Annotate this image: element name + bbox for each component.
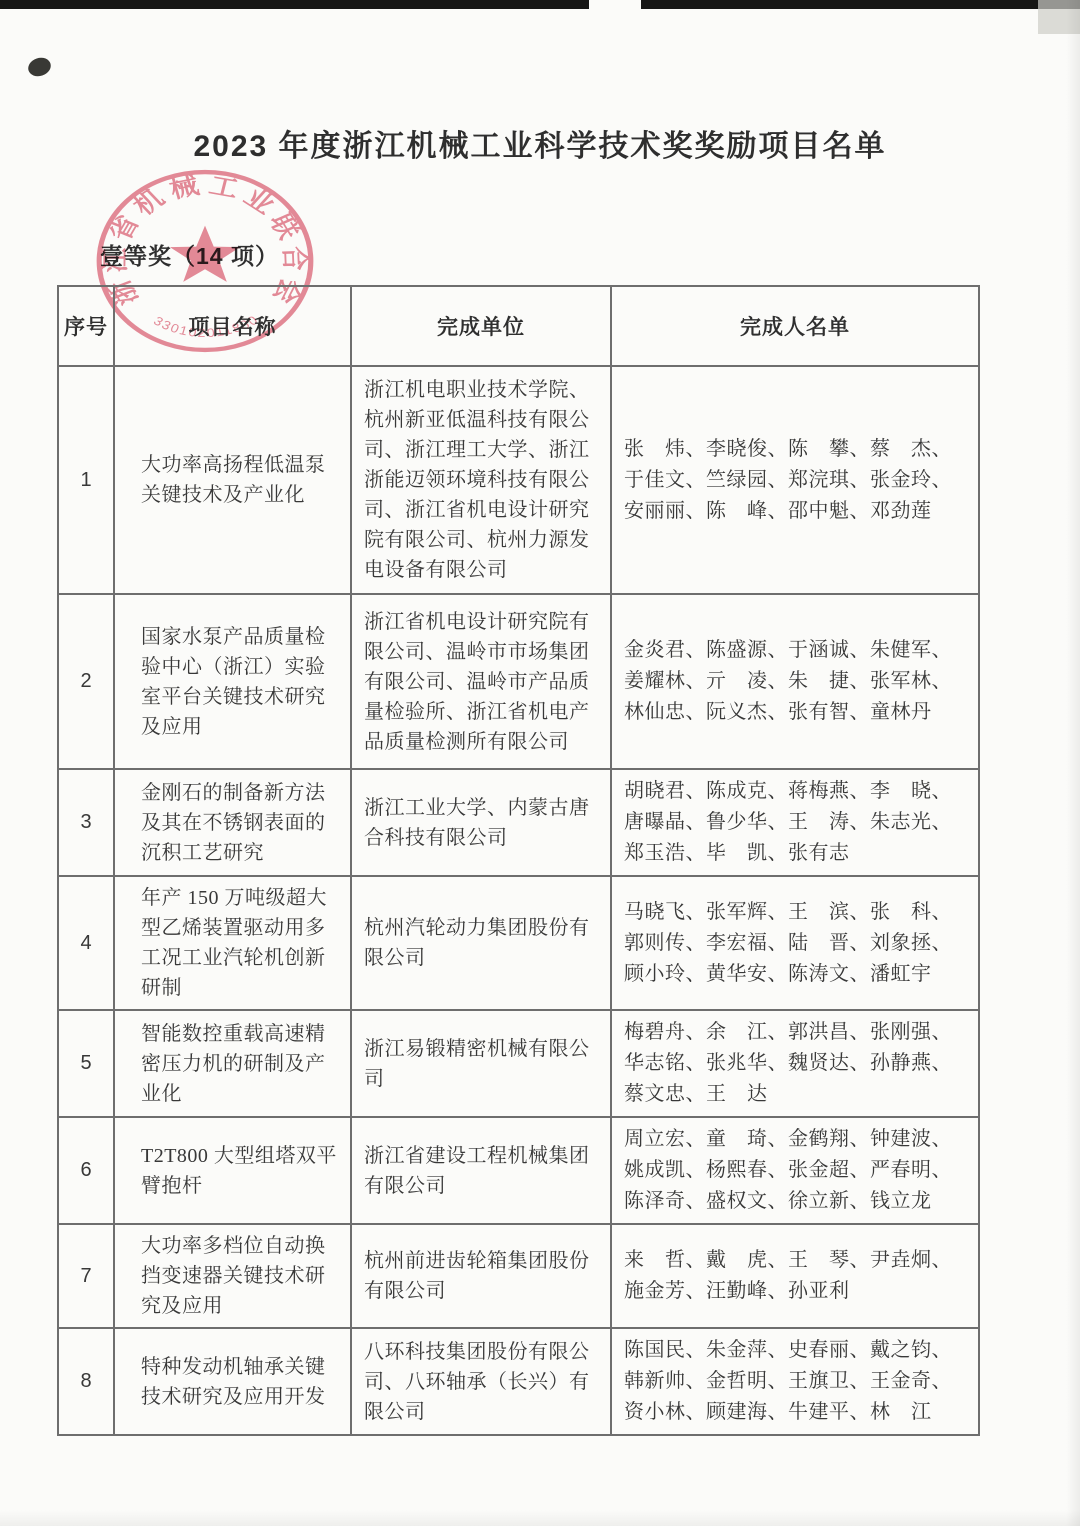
completing-units: 浙江省机电设计研究院有限公司、温岭市市场集团有限公司、温岭市产品质量检验所、浙江… [351, 594, 611, 769]
completing-units: 浙江工业大学、内蒙古唐合科技有限公司 [351, 769, 611, 876]
col-header-project: 项目名称 [114, 286, 351, 366]
award-table: 序号 项目名称 完成单位 完成人名单 1 大功率高扬程低温泵关键技术及产业化 浙… [57, 285, 980, 1436]
completers-list: 来 哲、戴 虎、王 琴、尹垚炯、施金芳、汪勤峰、孙亚利 [611, 1224, 979, 1328]
table-row: 5 智能数控重载高速精密压力机的研制及产业化 浙江易锻精密机械有限公司 梅碧舟、… [58, 1010, 979, 1117]
row-number: 6 [58, 1117, 114, 1224]
row-number: 7 [58, 1224, 114, 1328]
completers-list: 张 炜、李晓俊、陈 攀、蔡 杰、于佳文、竺绿园、郑浣琪、张金玲、安丽丽、陈 峰、… [611, 366, 979, 594]
scan-artifact-bottom-edge [0, 1510, 1080, 1526]
section-label: 壹等奖（14 项） [100, 238, 279, 271]
completing-units: 浙江易锻精密机械有限公司 [351, 1010, 611, 1117]
project-name: 智能数控重载高速精密压力机的研制及产业化 [114, 1010, 351, 1117]
row-number: 3 [58, 769, 114, 876]
table-header-row: 序号 项目名称 完成单位 完成人名单 [58, 286, 979, 366]
completers-list: 陈国民、朱金萍、史春丽、戴之钧、韩新帅、金哲明、王旗卫、王金奇、资小林、顾建海、… [611, 1328, 979, 1435]
table-row: 7 大功率多档位自动换挡变速器关键技术研究及应用 杭州前进齿轮箱集团股份有限公司… [58, 1224, 979, 1328]
project-name: 金刚石的制备新方法及其在不锈钢表面的沉积工艺研究 [114, 769, 351, 876]
scan-artifact-right-edge [1066, 0, 1080, 1526]
award-table-body: 1 大功率高扬程低温泵关键技术及产业化 浙江机电职业技术学院、杭州新亚低温科技有… [58, 366, 979, 1435]
completers-list: 周立宏、童 琦、金鹤翔、钟建波、姚成凯、杨熙春、张金超、严春明、陈泽奇、盛权文、… [611, 1117, 979, 1224]
completing-units: 浙江机电职业技术学院、杭州新亚低温科技有限公司、浙江理工大学、浙江浙能迈领环境科… [351, 366, 611, 594]
table-row: 1 大功率高扬程低温泵关键技术及产业化 浙江机电职业技术学院、杭州新亚低温科技有… [58, 366, 979, 594]
scan-artifact-top-bar [0, 0, 1080, 9]
table-row: 4 年产 150 万吨级超大型乙烯装置驱动用多工况工业汽轮机创新研制 杭州汽轮动… [58, 876, 979, 1010]
project-name: 特种发动机轴承关键技术研究及应用开发 [114, 1328, 351, 1435]
row-number: 1 [58, 366, 114, 594]
scan-artifact-top-gap [589, 0, 641, 9]
table-row: 6 T2T800 大型组塔双平臂抱杆 浙江省建设工程机械集团有限公司 周立宏、童… [58, 1117, 979, 1224]
table-row: 3 金刚石的制备新方法及其在不锈钢表面的沉积工艺研究 浙江工业大学、内蒙古唐合科… [58, 769, 979, 876]
row-number: 5 [58, 1010, 114, 1117]
completers-list: 马晓飞、张军辉、王 滨、张 科、郭则传、李宏福、陆 晋、刘象拯、顾小玲、黄华安、… [611, 876, 979, 1010]
scan-artifact-speck [26, 55, 53, 79]
document-page: 2023 年度浙江机械工业科学技术奖奖励项目名单 壹等奖（14 项） 浙江省机械… [0, 0, 1080, 1526]
table-row: 2 国家水泵产品质量检验中心（浙江）实验室平台关键技术研究及应用 浙江省机电设计… [58, 594, 979, 769]
completers-list: 金炎君、陈盛源、于涵诚、朱健军、姜耀林、亓 凌、朱 捷、张军林、林仙忠、阮义杰、… [611, 594, 979, 769]
project-name: 大功率多档位自动换挡变速器关键技术研究及应用 [114, 1224, 351, 1328]
completing-units: 杭州汽轮动力集团股份有限公司 [351, 876, 611, 1010]
completing-units: 浙江省建设工程机械集团有限公司 [351, 1117, 611, 1224]
project-name: 年产 150 万吨级超大型乙烯装置驱动用多工况工业汽轮机创新研制 [114, 876, 351, 1010]
col-header-index: 序号 [58, 286, 114, 366]
completing-units: 八环科技集团股份有限公司、八环轴承（长兴）有限公司 [351, 1328, 611, 1435]
row-number: 4 [58, 876, 114, 1010]
table-row: 8 特种发动机轴承关键技术研究及应用开发 八环科技集团股份有限公司、八环轴承（长… [58, 1328, 979, 1435]
col-header-people: 完成人名单 [611, 286, 979, 366]
completers-list: 梅碧舟、余 江、郭洪昌、张刚强、华志铭、张兆华、魏贤达、孙静燕、蔡文忠、王 达 [611, 1010, 979, 1117]
project-name: T2T800 大型组塔双平臂抱杆 [114, 1117, 351, 1224]
project-name: 大功率高扬程低温泵关键技术及产业化 [114, 366, 351, 594]
row-number: 2 [58, 594, 114, 769]
col-header-units: 完成单位 [351, 286, 611, 366]
row-number: 8 [58, 1328, 114, 1435]
project-name: 国家水泵产品质量检验中心（浙江）实验室平台关键技术研究及应用 [114, 594, 351, 769]
page-title: 2023 年度浙江机械工业科学技术奖奖励项目名单 [0, 121, 1080, 165]
completers-list: 胡晓君、陈成克、蒋梅燕、李 晓、唐曝晶、鲁少华、王 涛、朱志光、郑玉浩、毕 凯、… [611, 769, 979, 876]
completing-units: 杭州前进齿轮箱集团股份有限公司 [351, 1224, 611, 1328]
